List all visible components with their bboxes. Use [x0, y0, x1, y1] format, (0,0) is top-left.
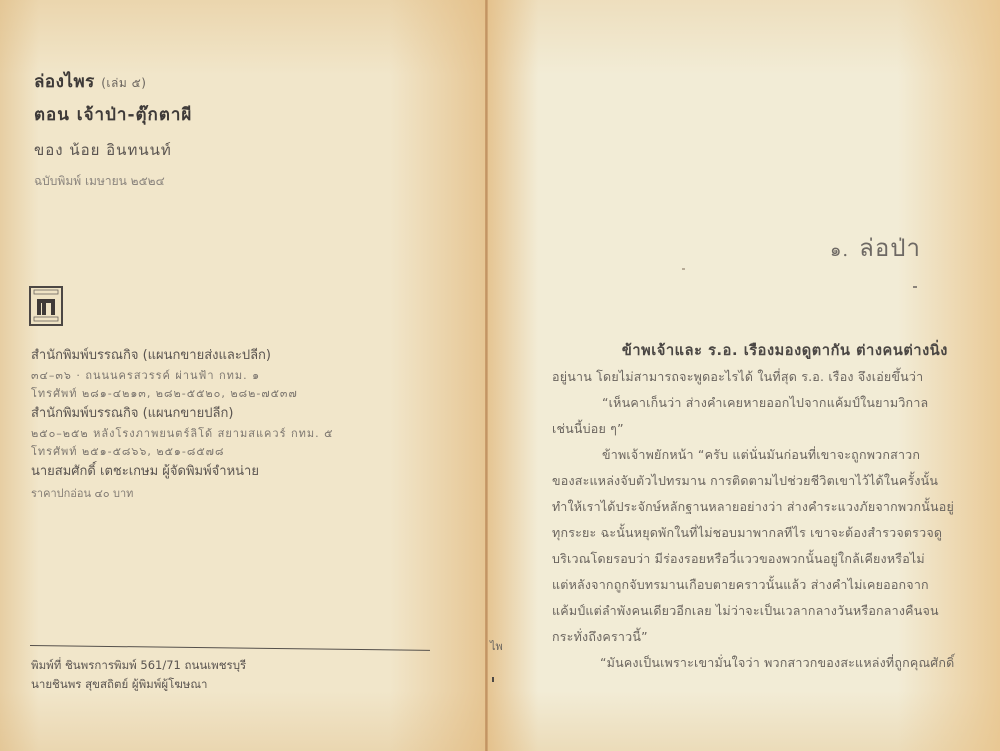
book-title: ล่องไพร (เล่ม ๕): [34, 68, 192, 95]
author-line: ของ น้อย อินทนนท์: [34, 138, 192, 162]
opening-line: ข้าพเจ้าและ ร.อ. เรืองมองดูตากัน ต่างคนต…: [552, 338, 960, 364]
body-line: แค้มป์แต่ลำพังคนเดียวอีกเลย ไม่ว่าจะเป็น…: [552, 598, 960, 624]
episode-title: ตอน เจ้าป่า-ตุ๊กตาผี: [34, 101, 192, 128]
body-line: บริเวณโดยรอบว่า มีร่องรอยหรือวี่แววของพว…: [552, 546, 960, 572]
price-line: ราคาปกอ่อน ๔๐ บาท: [31, 483, 451, 505]
paper-speck: [682, 268, 685, 270]
publisher-phone-2: โทรศัพท์ ๒๕๑-๕๘๖๖, ๒๕๑-๘๕๗๘: [31, 443, 451, 461]
margin-note: ไพ: [490, 637, 503, 655]
left-page: ล่องไพร (เล่ม ๕) ตอน เจ้าป่า-ตุ๊กตาผี ขอ…: [0, 0, 487, 751]
book-spread: ล่องไพร (เล่ม ๕) ตอน เจ้าป่า-ตุ๊กตาผี ขอ…: [0, 0, 1000, 751]
body-line: ของสะแหล่งจับตัวไปทรมาน การติดตามไปช่วยช…: [552, 468, 960, 494]
body-line: “เห็นคาเก็นว่า ส่างคำเคยหายออกไปจากแค้มป…: [552, 390, 960, 416]
volume-label: (เล่ม ๕): [101, 76, 146, 90]
chapter-number: ๑.: [830, 240, 849, 261]
edition-line: ฉบับพิมพ์ เมษายน ๒๕๒๔: [34, 172, 192, 191]
body-line: แต่หลังจากถูกจับทรมานเกือบตายคราวนั้นแล้…: [552, 572, 960, 598]
publisher-name-retail: สำนักพิมพ์บรรณกิจ (แผนกขายปลีก): [31, 403, 451, 425]
chapter-body: ข้าพเจ้าและ ร.อ. เรืองมองดูตากัน ต่างคนต…: [552, 338, 960, 676]
body-line: เช่นนี้บ่อย ๆ”: [552, 416, 960, 442]
publisher-address-1: ๓๔–๓๖ · ถนนนครสวรรค์ ผ่านฟ้า กทม. ๑: [31, 367, 451, 385]
printer-line-2: นายชินพร สุขสถิตย์ ผู้พิมพ์ผู้โฆษณา: [31, 675, 246, 694]
body-line: อยู่นาน โดยไม่สามารถจะพูดอะไรได้ ในที่สุ…: [552, 364, 960, 390]
publisher-name-wholesale: สำนักพิมพ์บรรณกิจ (แผนกขายส่งและปลีก): [31, 345, 451, 367]
body-line: กระทั่งถึงคราวนี้”: [552, 624, 960, 650]
book-gutter: [485, 0, 488, 751]
chapter-title: ล่อป่า: [859, 234, 921, 262]
title-text: ล่องไพร: [34, 72, 95, 92]
divider-rule: [30, 645, 430, 651]
body-line: ทำให้เราได้ประจักษ์หลักฐานหลายอย่างว่า ส…: [552, 494, 960, 520]
body-line: “มันคงเป็นเพราะเขามั่นใจว่า พวกสาวกของสะ…: [552, 650, 960, 676]
chapter-heading: ๑.ล่อป่า: [830, 228, 921, 267]
margin-mark: [492, 677, 494, 682]
publisher-address-2: ๒๕๐–๒๕๒ หลังโรงภาพยนตร์ลิโด้ สยามสแควร์ …: [31, 425, 451, 443]
book-title-block: ล่องไพร (เล่ม ๕) ตอน เจ้าป่า-ตุ๊กตาผี ขอ…: [34, 68, 192, 191]
printer-info: พิมพ์ที่ ชินพรการพิมพ์ 561/71 ถนนเพชรบุร…: [31, 656, 246, 694]
distributor-line: นายสมศักดิ์ เตชะเกษม ผู้จัดพิมพ์จำหน่าย: [31, 461, 451, 483]
print-mark: [913, 286, 917, 288]
publisher-phone-1: โทรศัพท์ ๒๘๑-๔๒๑๓, ๒๘๒-๕๕๒๐, ๒๘๒-๗๕๓๗: [31, 385, 451, 403]
printer-line-1: พิมพ์ที่ ชินพรการพิมพ์ 561/71 ถนนเพชรบุร…: [31, 656, 246, 675]
body-line: ทุกระยะ ฉะนั้นหยุดพักในที่ไม่ชอบมาพากลที…: [552, 520, 960, 546]
body-line: ข้าพเจ้าพยักหน้า “ครับ แต่นั่นมันก่อนที่…: [552, 442, 960, 468]
publisher-logo-icon: [29, 286, 63, 326]
publisher-info: สำนักพิมพ์บรรณกิจ (แผนกขายส่งและปลีก) ๓๔…: [31, 345, 451, 505]
